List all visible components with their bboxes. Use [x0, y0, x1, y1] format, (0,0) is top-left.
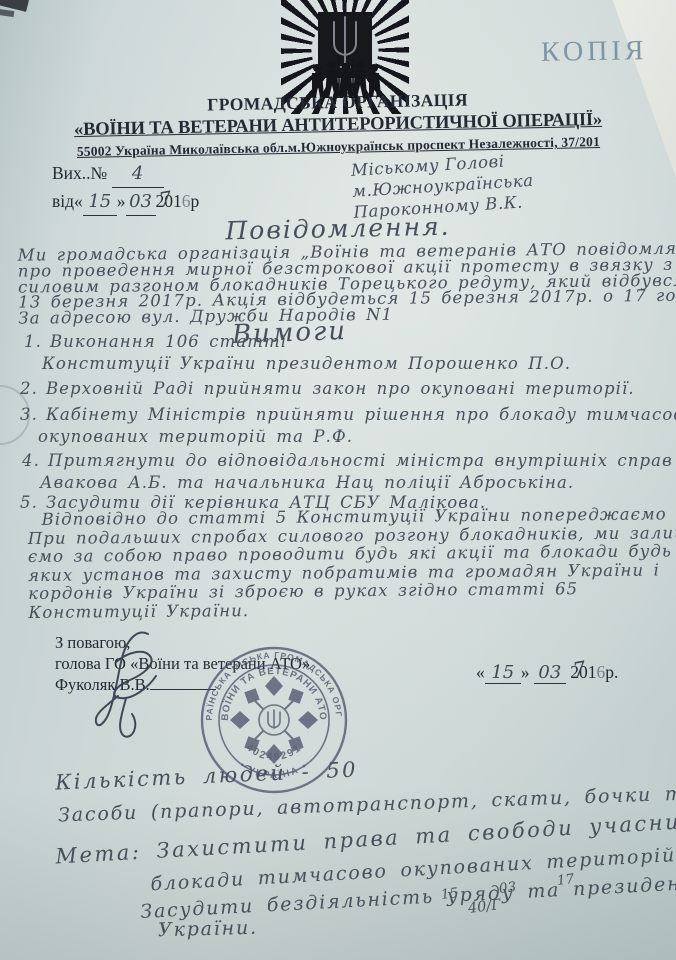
ref-date-close: » [117, 191, 126, 211]
demand-number: 5. [20, 493, 38, 512]
ref-number-value: 4 [132, 163, 143, 184]
year-overwritten: 6 [182, 191, 191, 211]
date-suffix: р. [605, 662, 618, 682]
ref-number-label: Вих..№ [52, 163, 107, 183]
note-day: 15 [440, 885, 459, 903]
demand-line: 2.Верховній Раді прийняти закон про окуп… [20, 378, 635, 400]
date-close: » [521, 662, 530, 682]
closing-date: «15» 03 20167р. [476, 662, 618, 684]
ref-date-day: 15 [88, 191, 111, 212]
date-month-blank: 03 [534, 662, 566, 684]
date-month: 03 [538, 662, 561, 683]
signature-icon [86, 626, 178, 750]
date-day-blank: 15 [485, 662, 521, 684]
demand-text: Кабінету Міністрів прийняти рішення про … [46, 405, 676, 424]
demand-line: Конституції України президентом Порошенк… [42, 353, 571, 375]
demand-item-4: 4.Притягнути до відповідальності міністр… [22, 450, 673, 493]
ref-date-prefix: від« [52, 191, 83, 211]
ref-number-line: Вих..№ 4 [52, 160, 199, 188]
ref-date-month: 03 [129, 191, 152, 212]
demand-line: Авакова А.Б. та начальника Нац поліції А… [40, 472, 673, 494]
demands-heading: Вимоги [232, 316, 348, 350]
demand-line: 4.Притягнути до відповідальності міністр… [22, 450, 673, 472]
ref-date-month-blank: 03 [126, 188, 156, 216]
date-open: « [476, 662, 485, 682]
document-scan: КОПІЯ ГРОМАДСЬКА ОРГАНІЗАЦІЯ «ВОЇНИ ТА В… [0, 0, 676, 960]
ref-number-blank: 4 [112, 160, 164, 188]
demand-text: Верховній Раді прийняти закон про окупов… [46, 379, 635, 398]
demand-item-3: 3.Кабінету Міністрів прийняти рішення пр… [20, 404, 676, 447]
round-seal-icon: ЮЖНОУКРАЇНСЬКА МІСЬКА ГРОМАДСЬКА ОРГАНІЗ… [198, 644, 350, 796]
intro-paragraph: Ми громадська організація „Воїнів та вет… [18, 240, 676, 326]
ref-block: Вих..№ 4 від«15»0320167р [52, 160, 199, 216]
corner-smudge [0, 9, 14, 17]
goal-label: Мета: [55, 840, 142, 869]
ref-date-line: від«15»0320167р [52, 188, 199, 216]
demand-number: 4. [22, 451, 40, 470]
warning-line: Конституції України. [28, 598, 676, 623]
demand-item-2: 2.Верховній Раді прийняти закон про окуп… [20, 378, 635, 400]
warning-paragraph: Відповідно до статті 5 Конституції Украї… [28, 505, 676, 622]
date-day: 15 [491, 662, 514, 683]
note-month: 03 [498, 879, 517, 897]
year-overwritten: 6 [597, 662, 606, 682]
intro-line: За адресою вул. Дружби Народів N1 [18, 304, 676, 327]
ref-date-day-blank: 15 [83, 188, 117, 216]
demand-text: Притягнути до відповідальності міністра … [48, 451, 673, 470]
demand-number: 1. [24, 332, 42, 351]
year-hand: 7 [571, 656, 588, 682]
ref-date-suffix: р [191, 191, 200, 211]
date-year: 20167 [570, 662, 605, 682]
copy-stamp: КОПІЯ [541, 35, 648, 69]
demand-line: окупованих територій та Р.Ф. [38, 426, 676, 448]
note-code: 40/Г [467, 897, 502, 917]
ref-date-year: 20167 [156, 191, 191, 211]
demand-line: 3.Кабінету Міністрів прийняти рішення пр… [20, 404, 676, 426]
soldiers-icon [303, 56, 387, 106]
demand-number: 3. [20, 405, 38, 424]
demand-number: 2. [20, 379, 38, 398]
goal-line-4: України. [158, 917, 258, 942]
note-year: 17 [556, 871, 575, 889]
